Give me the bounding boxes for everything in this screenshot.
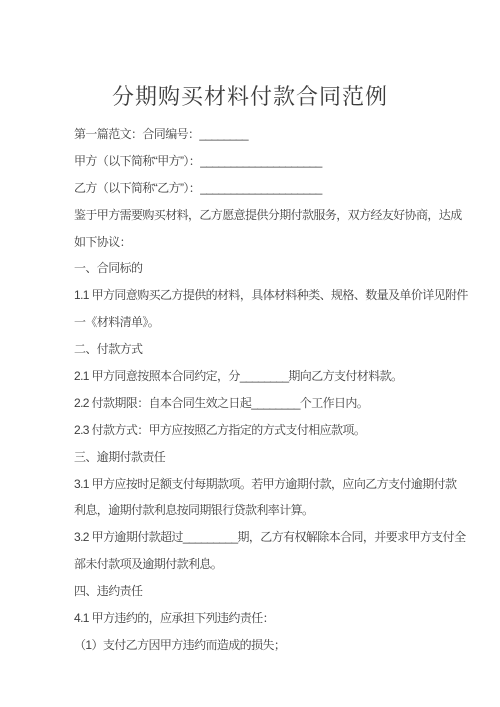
contract-line-preamble-2: 如下协议： bbox=[74, 229, 470, 256]
contract-line-4-1: 4.1 甲方违约的，应承担下列违约责任： bbox=[74, 605, 470, 632]
contract-line-3-1-a: 3.1 甲方应按时足额支付每期款项。若甲方逾期付款，应向乙方支付逾期付款 bbox=[74, 471, 470, 498]
contract-line-2-1: 2.1 甲方同意按照本合同约定，分________期向乙方支付材料款。 bbox=[74, 363, 470, 390]
contract-line-3-2-a: 3.2 甲方逾期付款超过_________期，乙方有权解除本合同，并要求甲方支付… bbox=[74, 524, 470, 551]
contract-line-3-2-b: 部未付款项及逾期付款利息。 bbox=[74, 551, 470, 578]
document-page: 分期购买材料付款合同范例 第一篇范文：合同编号：________ 甲方（以下简称… bbox=[0, 0, 500, 707]
contract-line-2-2: 2.2 付款期限：自本合同生效之日起________个工作日内。 bbox=[74, 390, 470, 417]
contract-line-preamble-1: 鉴于甲方需要购买材料，乙方愿意提供分期付款服务，双方经友好协商，达成 bbox=[74, 202, 470, 229]
contract-heading-section-4: 四、违约责任 bbox=[74, 578, 470, 605]
contract-line-party-b: 乙方（以下简称“乙方”）：____________________ bbox=[74, 175, 470, 202]
document-title: 分期购买材料付款合同范例 bbox=[0, 80, 500, 111]
contract-heading-section-1: 一、合同标的 bbox=[74, 255, 470, 282]
contract-heading-section-3: 三、逾期付款责任 bbox=[74, 444, 470, 471]
contract-line-1-1-a: 1.1 甲方同意购买乙方提供的材料，具体材料种类、规格、数量及单价详见附件 bbox=[74, 282, 470, 309]
contract-line-2-3: 2.3 付款方式：甲方应按照乙方指定的方式支付相应款项。 bbox=[74, 417, 470, 444]
contract-line-3-1-b: 利息，逾期付款利息按同期银行贷款利率计算。 bbox=[74, 497, 470, 524]
contract-heading-section-2: 二、付款方式 bbox=[74, 336, 470, 363]
document-body: 第一篇范文：合同编号：________ 甲方（以下简称“甲方”）：_______… bbox=[74, 121, 470, 659]
contract-line-4-1-item-1: （1）支付乙方因甲方违约而造成的损失； bbox=[74, 632, 470, 659]
contract-line-intro-number: 第一篇范文：合同编号：________ bbox=[74, 121, 470, 148]
contract-line-1-1-b: 一《材料清单》。 bbox=[74, 309, 470, 336]
contract-line-party-a: 甲方（以下简称“甲方”）：____________________ bbox=[74, 148, 470, 175]
